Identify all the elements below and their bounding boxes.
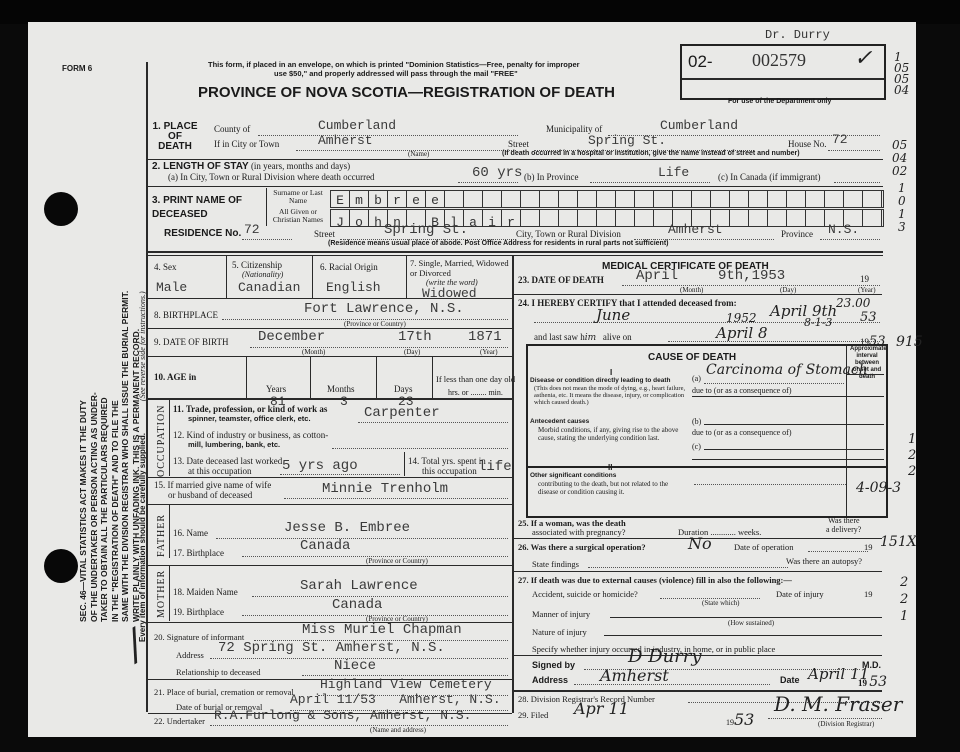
dept-box-divider (682, 78, 884, 80)
dod-day: 9th,1953 (718, 268, 785, 284)
scan-border-top (0, 0, 960, 24)
city-value: Amherst (318, 133, 373, 148)
total-years-label-2: this occupation (422, 466, 477, 476)
rule-3 (148, 251, 883, 253)
item-14-divider (404, 452, 405, 476)
how-sustained-caption: (How sustained) (728, 619, 774, 627)
divider-5-6 (312, 255, 313, 298)
signature-year: 19 53 (858, 674, 887, 690)
antecedent-note: Morbid conditions, if any, giving rise t… (538, 426, 688, 442)
cause-a-value: Carcinoma of Stomach (706, 362, 868, 378)
house-value: 72 (832, 132, 848, 147)
cause-a-rule (692, 396, 884, 397)
rule-7 (148, 398, 512, 400)
total-years-label: 14. Total yrs. spent in (408, 456, 486, 466)
undertaker-label: 22. Undertaker (154, 716, 205, 726)
direct-cause-note: (This does not mean the mode of dying, e… (534, 385, 686, 406)
age-div-4 (432, 356, 433, 398)
part-2-label: II (608, 463, 612, 472)
total-years-value: life (478, 459, 512, 475)
house-label: House No. (788, 139, 827, 149)
findings-label: State findings (532, 559, 579, 569)
nature-line (604, 635, 882, 636)
manner-line (610, 617, 882, 618)
form-number: FORM 6 (62, 64, 92, 73)
mother-maiden: Sarah Lawrence (300, 578, 418, 594)
cause-a-line (704, 383, 844, 384)
rule-8 (148, 477, 512, 478)
hospital-note: (If death occurred in a hospital or inst… (502, 150, 800, 157)
dod-month-caption: (Month) (680, 286, 703, 294)
accident-label: Accident, suicide or homicide? (532, 589, 638, 599)
length-of-stay-label: 2. LENGTH OF STAY (in years, months and … (152, 161, 350, 172)
department-box: 02- 002579 ✓ (680, 44, 886, 100)
form-title: PROVINCE OF NOVA SCOTIA—REGISTRATION OF … (198, 84, 615, 101)
stay-c-label: (c) In Canada (if immigrant) (718, 172, 820, 182)
cause-antecedent-rule (692, 459, 884, 460)
cause-b-label: (b) (692, 417, 701, 426)
attended-to-year: 53 (860, 310, 877, 325)
industry-label: 12. Kind of industry or business, as cot… (173, 430, 328, 440)
direct-cause-label: Disease or condition directly leading to… (530, 377, 671, 384)
manner-label: Manner of injury (532, 609, 590, 619)
informant-address: 72 Spring St. Amherst, N.S. (218, 640, 445, 656)
postal-notice-2: use $50," and properly addressed will pa… (274, 69, 518, 78)
sex-value: Male (156, 280, 187, 295)
last-worked-label-2: at this occupation (188, 466, 251, 476)
rule-4 (148, 298, 512, 299)
rule-1 (148, 159, 883, 160)
dob-day-caption: (Day) (404, 348, 420, 356)
age-months: 3 (340, 394, 348, 409)
stay-b-label: (b) In Province (524, 172, 578, 182)
other-conditions-label: Other significant conditions (530, 472, 616, 479)
dod-day-caption: (Day) (780, 286, 796, 294)
age-div-3 (376, 356, 377, 398)
mother-bracket (169, 565, 170, 621)
residence-label: RESIDENCE No. (164, 228, 241, 239)
residence-street: Spring St. (384, 222, 468, 238)
surgery-label: 26. Was there a surgical operation? (518, 542, 646, 552)
marital-label: 7. Single, Married, Widowed or Divorced (410, 258, 510, 278)
nature-label: Nature of injury (532, 627, 587, 637)
physician-address: Amherst (600, 666, 669, 685)
residence-note: (Residence means usual place of abode. P… (328, 240, 669, 247)
name-caption: (Name) (408, 150, 429, 158)
rule-r1 (514, 294, 882, 295)
residence-no: 72 (244, 222, 260, 237)
residence-street-label: Street (314, 229, 335, 239)
occupation-side-label: OCCUPATION (156, 405, 167, 477)
dod-label: 23. DATE OF DEATH (518, 275, 604, 285)
years-label: Years (266, 384, 286, 394)
city-label: If in City or Town (214, 139, 279, 149)
mother-side-label: MOTHER (156, 570, 167, 618)
industry-line (332, 448, 508, 449)
last-worked-line (280, 474, 400, 475)
rule-2 (148, 186, 883, 187)
dept-prefix: 02- (688, 52, 713, 72)
undertaker-caption: (Name and address) (370, 726, 426, 734)
burial-place: Highland View Cemetery (320, 677, 492, 692)
father-side-label: FATHER (156, 514, 167, 557)
cause-c-label: (c) (692, 442, 701, 451)
spouse-label: 15. If married give name of wife (154, 480, 271, 490)
street-value: Spring St. (588, 133, 666, 148)
citizenship-label: 5. Citizenship (232, 260, 282, 270)
surgery-value: No (688, 534, 712, 553)
margin-notes-top: 1 05 05 04 (894, 52, 909, 96)
registrar-caption: (Division Registrar) (818, 720, 874, 728)
less-day-label: If less than one day old (436, 374, 515, 384)
father-name-line (216, 538, 508, 539)
part-1-label: I (610, 368, 612, 377)
months-label: Months (327, 384, 355, 394)
birthplace-value: Fort Lawrence, N.S. (304, 301, 464, 317)
dob-year-caption: (Year) (480, 348, 498, 356)
last-seen-line (668, 341, 880, 342)
relationship-label: Relationship to deceased (176, 667, 261, 677)
cause-b-line (704, 424, 884, 425)
dod-month: April (636, 268, 678, 284)
county-label: County of (214, 124, 250, 134)
rule-5 (148, 328, 512, 329)
other-conditions-note: contributing to the death, but not relat… (538, 480, 688, 496)
dob-year: 1871 (468, 329, 502, 345)
age-div-1 (246, 356, 247, 398)
other-conditions-line (694, 484, 846, 485)
injury-year-prefix: 19 (864, 589, 873, 599)
citizenship-value: Canadian (238, 280, 300, 295)
residence-city-label: City, Town or Rural Division (516, 229, 621, 239)
county-line (258, 135, 518, 136)
due-to-label-1: due to (or as a consequence of) (692, 386, 792, 395)
margin-notes-bottom: 2 2 1 (900, 574, 908, 625)
operation-year-prefix: 19 (864, 542, 873, 552)
birthplace-caption: (Province or Country) (344, 320, 406, 328)
rule-6 (148, 356, 512, 357)
residence-province-label: Province (781, 229, 813, 239)
divider-4-5 (226, 255, 227, 298)
days-label: Days (394, 384, 413, 394)
age-label: 10. AGE in (154, 372, 196, 382)
injury-date-label: Date of injury (776, 589, 824, 599)
operation-date-line (808, 551, 868, 552)
dob-line (250, 347, 508, 348)
statute-text: SEC. 46—VITAL STATISTICS ACT MAKES IT TH… (78, 291, 141, 622)
death-registration-form: FORM 6 SEC. 46—VITAL STATISTICS ACT MAKE… (28, 22, 916, 737)
residence-province-line (820, 239, 880, 240)
age-div-2 (310, 356, 311, 398)
surname-label: Surname or Last Name (268, 189, 328, 205)
birthplace-label: 8. BIRTHPLACE (154, 310, 218, 320)
place-of-death-label: 1. PLACE OF DEATH (152, 122, 198, 152)
mother-maiden-label: 18. Maiden Name (173, 587, 238, 597)
divider-6-7 (406, 255, 407, 298)
dod-year-prefix: 19 (860, 274, 869, 284)
last-worked-label: 13. Date deceased last worked (173, 456, 282, 466)
stay-c-line (834, 182, 880, 183)
municipality-value: Cumberland (660, 118, 738, 133)
stay-a-line (458, 182, 518, 183)
last-worked-value: 5 yrs ago (282, 458, 358, 474)
punch-hole-bottom (44, 549, 78, 583)
margin-notes-mid: 05 04 02 1 0 1 3 (892, 139, 907, 234)
attended-from-year: 1952 (726, 311, 757, 325)
relationship-value: Niece (334, 658, 376, 674)
margin-note-915: 915 (896, 334, 923, 350)
occupation-bracket (169, 400, 170, 476)
trade-value: Carpenter (364, 405, 440, 421)
street-label: Street (508, 139, 529, 149)
dept-number: 002579 (752, 50, 806, 71)
surname-boxes: Embree (330, 190, 884, 208)
spouse-label-2: or husband of deceased (168, 490, 252, 500)
margin-note-151x: 151X (880, 534, 917, 550)
county-value: Cumberland (318, 118, 396, 133)
relationship-line (302, 675, 508, 676)
registrar-line (768, 718, 882, 719)
father-caption: (Province or Country) (366, 557, 428, 565)
racial-value: English (326, 280, 381, 295)
hrs-min-label: hrs. or ........ min. (448, 388, 503, 397)
stay-b-value: Life (658, 165, 689, 180)
father-birthplace-label: 17. Birthplace (173, 548, 224, 558)
given-names-label: All Given or Christian Names (268, 208, 328, 224)
racial-label: 6. Racial Origin (320, 262, 378, 272)
residence-province: N.S. (828, 222, 859, 237)
rule-3b (148, 255, 883, 256)
last-seen-date: April 8 (716, 324, 768, 342)
stay-b-line (590, 182, 710, 183)
time-note: 23.00 (836, 296, 870, 310)
signature-date-label: Date (780, 675, 800, 685)
rule-9 (148, 504, 512, 505)
findings-line (588, 567, 788, 568)
city-line (296, 150, 516, 151)
father-bracket (169, 504, 170, 558)
filed-year: 1953 (726, 710, 754, 729)
state-which-caption: (State which) (702, 599, 740, 607)
mother-birthplace: Canada (332, 597, 382, 613)
stay-a-label: (a) In City, Town or Rural Division wher… (168, 172, 375, 182)
trade-label: 11. Trade, profession, or kind of work a… (173, 404, 327, 414)
rule-r3 (514, 571, 882, 572)
burial-date: April 11/53 Amherst, N.S. (290, 692, 501, 707)
operation-date-label: Date of operation (734, 542, 793, 552)
signed-by-label: Signed by (532, 660, 575, 670)
sex-label: 4. Sex (154, 262, 177, 272)
dob-month: December (258, 329, 325, 345)
rule-10 (148, 565, 512, 566)
citizenship-note: (Nationality) (242, 270, 283, 279)
date-note: 8-1-3 (804, 316, 832, 329)
residence-no-line (242, 239, 292, 240)
postal-notice-1: This form, if placed in an envelope, on … (208, 60, 580, 69)
physician-signature: D Durry (628, 646, 702, 667)
delivery-label: Was there (828, 516, 860, 525)
interval-column-rule-2 (846, 464, 847, 516)
trade-line (358, 422, 508, 423)
dob-label: 9. DATE OF BIRTH (154, 337, 228, 347)
dod-year-caption: (Year) (858, 286, 876, 294)
registrar-signature: D. M. Fraser (774, 692, 902, 716)
undertaker-value: R.A.Furlong & Sons, Amherst, N.S. (214, 708, 471, 723)
dob-day: 17th (398, 329, 432, 345)
antecedent-label: Antecedent causes (530, 418, 589, 425)
cause-a-label: (a) (692, 374, 701, 383)
due-to-label-2: due to (or as a consequence of) (692, 428, 792, 437)
dob-month-caption: (Month) (302, 348, 325, 356)
punch-hole-top (44, 192, 78, 226)
undertaker-line (210, 725, 508, 726)
delivery-label-2: a delivery? (826, 525, 861, 534)
residence-city: Amherst (668, 222, 723, 237)
name-divider (266, 188, 267, 226)
industry-label-2: mill, lumbering, bank, etc. (188, 440, 280, 449)
father-birthplace: Canada (300, 538, 350, 554)
check-icon: ✓ (854, 46, 872, 71)
stay-a-value: 60 yrs (472, 165, 522, 181)
filed-date: Apr 11 (574, 699, 629, 718)
external-label: 27. If death was due to external causes … (518, 575, 792, 585)
father-name-label: 16. Name (173, 528, 208, 538)
margin-notes-lower: 1 2 2 (908, 432, 916, 480)
trade-label-2: spinner, teamster, office clerk, etc. (188, 414, 311, 423)
informant-signature: Miss Muriel Chapman (302, 622, 462, 638)
house-line (828, 150, 880, 151)
informant-address-label: Address (176, 650, 204, 660)
last-seen-label: and last saw him alive on (534, 332, 632, 343)
filed-label: 29. Filed (518, 710, 548, 720)
burial-place-label: 21. Place of burial, cremation or remova… (154, 687, 294, 697)
physician-address-label: Address (532, 675, 568, 685)
autopsy-label: Was there an autopsy? (786, 556, 862, 566)
dod-line (622, 285, 880, 286)
spouse-value: Minnie Trenholm (322, 481, 448, 497)
spouse-line (284, 498, 508, 499)
print-name-label: 3. PRINT NAME OF DECEASED (152, 194, 252, 222)
pregnancy-label-2: associated with pregnancy? (532, 527, 625, 537)
attended-from: June (596, 306, 630, 324)
center-rule (512, 255, 514, 713)
dept-note: Dr. Durry (765, 28, 830, 42)
mother-birthplace-label: 19. Birthplace (173, 607, 224, 617)
cause-c-line (704, 449, 884, 450)
father-name: Jesse B. Embree (284, 520, 410, 536)
dept-caption: For use of the Department only (728, 98, 831, 105)
